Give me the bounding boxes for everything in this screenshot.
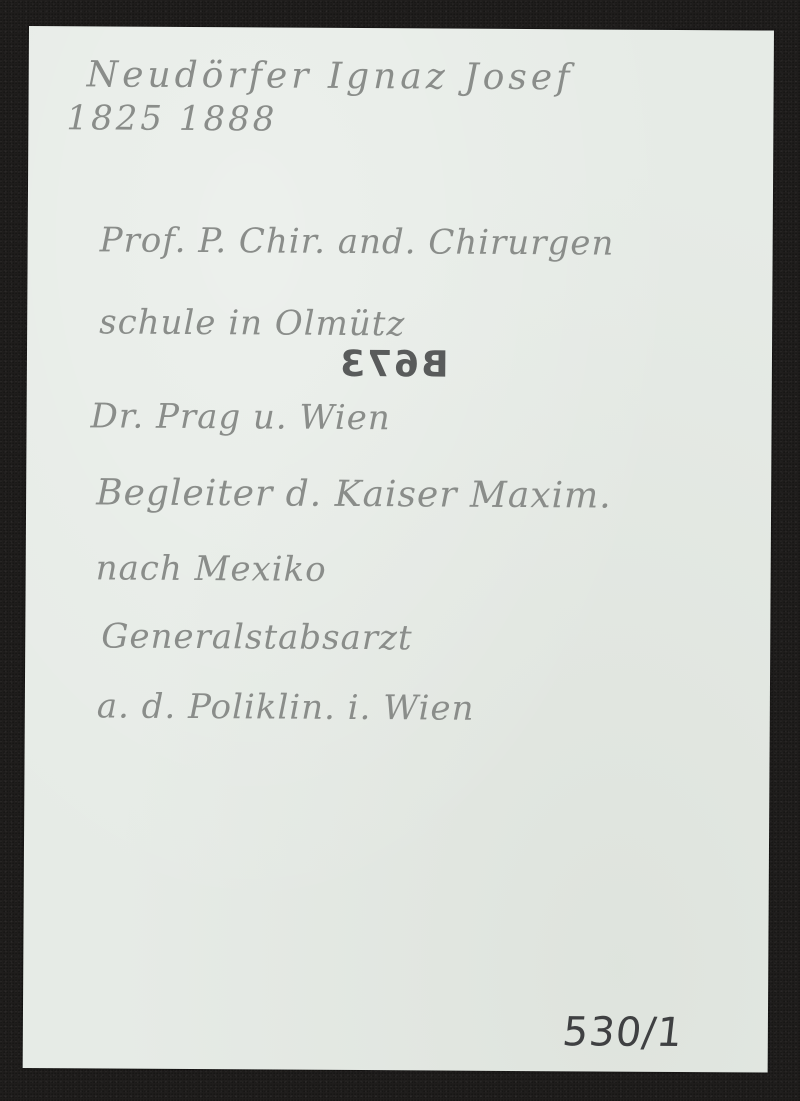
note-line: Dr. Prag u. Wien [90, 396, 390, 438]
note-line: Begleiter d. Kaiser Maxim. [96, 472, 612, 516]
inventory-number: 530/1 [560, 1009, 685, 1056]
note-line: schule in Olmütz [99, 302, 405, 344]
mirrored-stamp: B673 [338, 344, 449, 386]
life-dates: 1825 1888 [66, 98, 277, 139]
note-line: nach Mexiko [96, 548, 327, 589]
note-line: a. d. Poliklin. i. Wien [97, 686, 475, 728]
note-line: Prof. P. Chir. and. Chirurgen [100, 220, 615, 263]
person-name: Neudörfer Ignaz Josef [87, 54, 574, 98]
index-card: Neudörfer Ignaz Josef 1825 1888 Prof. P.… [23, 26, 774, 1073]
note-line: Generalstabsarzt [101, 616, 413, 658]
